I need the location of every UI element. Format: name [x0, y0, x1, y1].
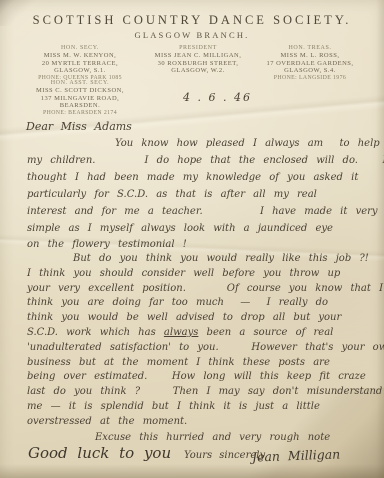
phone-line: PHONE: BEARSDEN 2174 — [14, 110, 146, 117]
body-line: last do you think ? Then I may say don't… — [27, 385, 363, 400]
address-line: 137 MILNGAVIE ROAD, — [14, 95, 146, 103]
body-line: particularly for S.C.D. as that is after… — [27, 187, 363, 204]
hon-treas-block: HON. TREAS. MISS M. L. ROSS, 17 OVERDALE… — [244, 45, 376, 82]
closing-note: Excuse this hurried and very rough note — [95, 432, 330, 443]
body-line: me — it is splendid but I think it is ju… — [27, 400, 363, 415]
body-line-segment: S.C.D. work which has — [27, 327, 164, 338]
underlined-word: always — [164, 327, 198, 338]
body-line: I think you should consider well before … — [27, 267, 363, 282]
body-line: But do you think you would really like t… — [27, 252, 363, 267]
body-line: being over estimated. How long will this… — [27, 370, 363, 385]
body-line: You know how pleased I always am to help — [27, 136, 363, 153]
role-caption: HON. TREAS. — [244, 45, 376, 52]
body-line: simple as I myself always look with a ja… — [27, 221, 363, 238]
address-line: MISS M. W. KENYON, — [14, 52, 146, 60]
asst-secy-block: HON. ASST. SECY. MISS C. SCOTT DICKSON, … — [14, 80, 146, 117]
address-line: MISS C. SCOTT DICKSON, — [14, 87, 146, 95]
body-line: my children. I do hope that the enclosed… — [27, 153, 363, 170]
hon-secy-block: HON. SECY. MISS M. W. KENYON, 20 MYRTLE … — [14, 45, 146, 82]
letter-date: 4 . 6 . 46 — [183, 91, 252, 104]
address-line: 20 MYRTLE TERRACE, — [14, 60, 146, 68]
signature: Jean Milligan — [252, 446, 341, 464]
bottom-edge-shadow — [0, 464, 384, 478]
goodbye-note: Good luck to you — [28, 444, 171, 462]
paragraph-1: You know how pleased I always am to help… — [27, 136, 363, 254]
address-line: GLASGOW, S.1. — [14, 67, 146, 75]
body-line: business but at the moment I think these… — [27, 356, 363, 371]
salutation: Dear Miss Adams — [26, 120, 132, 133]
body-line: S.C.D. work which has always been a sour… — [27, 326, 363, 341]
role-caption: HON. ASST. SECY. — [14, 80, 146, 87]
body-line: your very excellent position. Of course … — [27, 282, 363, 297]
letterhead-branch: GLASGOW BRANCH. — [0, 30, 384, 40]
paragraph-2: But do you think you would really like t… — [27, 252, 363, 430]
letter-scan: SCOTTISH COUNTRY DANCE SOCIETY. GLASGOW … — [0, 0, 384, 478]
body-line: think you are doing far too much — I rea… — [27, 296, 363, 311]
body-line: think you would be well advised to drop … — [27, 311, 363, 326]
body-line: 'unadulterated satisfaction' to you. How… — [27, 341, 363, 356]
body-line: overstressed at the moment. — [27, 415, 363, 430]
phone-line: PHONE: LANGSIDE 1976 — [244, 75, 376, 82]
address-line: MISS M. L. ROSS, — [244, 52, 376, 60]
address-line: 17 OVERDALE GARDENS, — [244, 60, 376, 68]
letterhead-title: SCOTTISH COUNTRY DANCE SOCIETY. — [0, 13, 384, 28]
address-line: BEARSDEN. — [14, 102, 146, 110]
role-caption: HON. SECY. — [14, 45, 146, 52]
body-line-segment: been a source of real — [198, 327, 333, 338]
body-line: interest and for me a teacher. I have ma… — [27, 204, 363, 221]
address-line: GLASGOW, S.4. — [244, 67, 376, 75]
right-edge-shadow — [376, 0, 384, 478]
body-line: thought I had been made my knowledge of … — [27, 170, 363, 187]
